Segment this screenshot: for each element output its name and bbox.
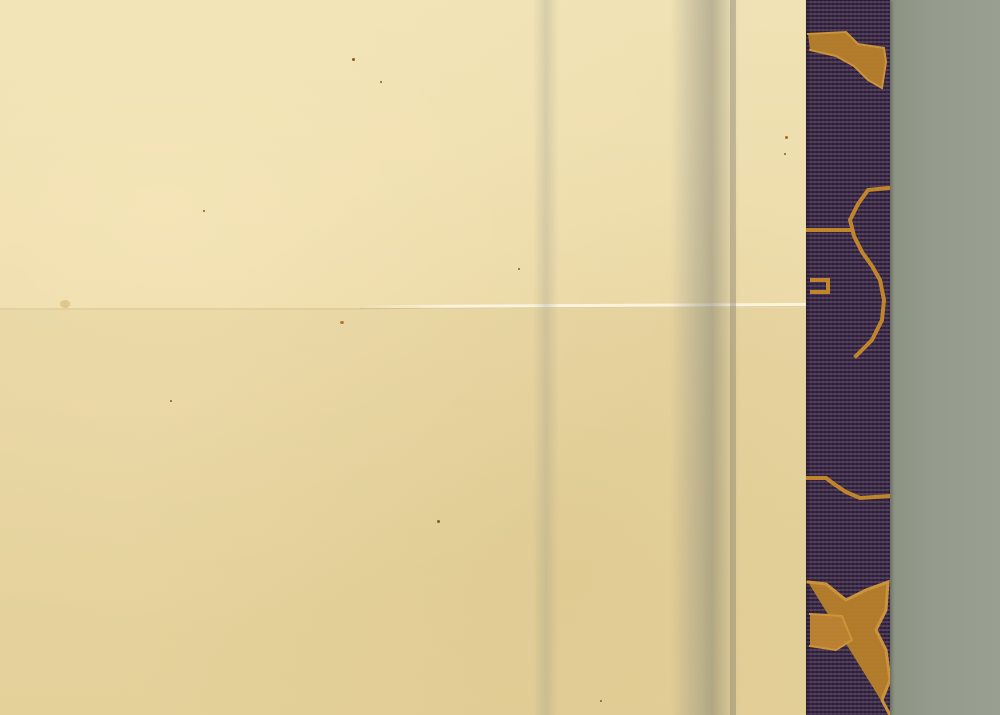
paper-speck: [600, 700, 602, 702]
grey-streak: [533, 0, 559, 715]
grey-streak: [730, 0, 736, 715]
paper-fold-crease-left: [0, 308, 360, 310]
paper-speck: [437, 520, 440, 523]
paper-speck: [380, 81, 382, 83]
paper-speck: [784, 153, 786, 155]
brocade-border: [806, 0, 890, 715]
gold-pattern-icon: [806, 0, 890, 715]
paper-speck: [170, 400, 172, 402]
paper-speck: [60, 300, 70, 308]
paper-speck: [785, 136, 788, 139]
paper-speck: [203, 210, 205, 212]
wall-background: [880, 0, 1000, 715]
paper-speck: [518, 268, 520, 270]
paper-speck: [340, 321, 344, 324]
photo-scene: [0, 0, 1000, 715]
paper-speck: [352, 58, 355, 61]
